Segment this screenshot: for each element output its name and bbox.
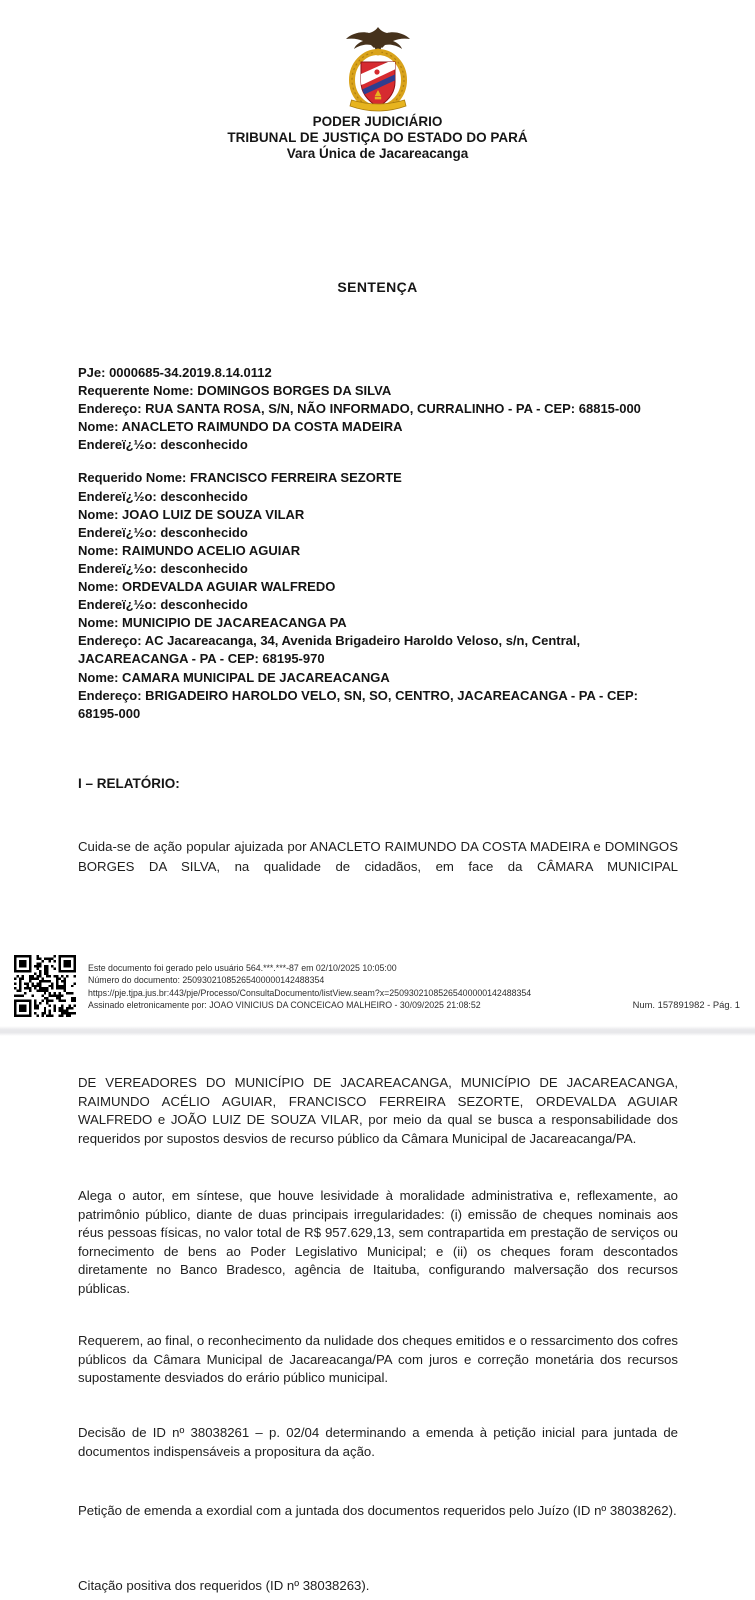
footer-metadata: Este documento foi gerado pelo usuário 5… bbox=[88, 962, 531, 1011]
court-name-line: TRIBUNAL DE JUSTIÇA DO ESTADO DO PARÁ bbox=[0, 130, 755, 146]
party-line: PJe: 0000685-34.2019.8.14.0112 bbox=[78, 364, 718, 382]
requerido-group: Requerido Nome: FRANCISCO FERREIRA SEZOR… bbox=[78, 469, 718, 722]
body-paragraph: Cuida-se de ação popular ajuizada por AN… bbox=[78, 837, 678, 876]
party-line: Endereço: BRIGADEIRO HAROLDO VELO, SN, S… bbox=[78, 687, 718, 705]
body-paragraph: Citação positiva dos requeridos (ID nº 3… bbox=[78, 1577, 678, 1596]
party-line: Nome: ANACLETO RAIMUNDO DA COSTA MADEIRA bbox=[78, 418, 718, 436]
party-line: Nome: MUNICIPIO DE JACAREACANGA PA bbox=[78, 614, 718, 632]
body-paragraph: Alega o autor, em síntese, que houve les… bbox=[78, 1187, 678, 1299]
body-paragraph: Petição de emenda a exordial com a junta… bbox=[78, 1502, 678, 1521]
page-number: Num. 157891982 - Pág. 1 bbox=[633, 999, 740, 1010]
footer-metadata-line: Número do documento: 2509302108526540000… bbox=[88, 974, 531, 986]
party-line: Endereï¿½o: desconhecido bbox=[78, 436, 718, 454]
party-line: Nome: ORDEVALDA AGUIAR WALFREDO bbox=[78, 578, 718, 596]
court-name-line: Vara Única de Jacareacanga bbox=[0, 146, 755, 162]
body-paragraph: DE VEREADORES DO MUNICÍPIO DE JACAREACAN… bbox=[78, 1074, 678, 1148]
party-line: Endereço: RUA SANTA ROSA, S/N, NÃO INFOR… bbox=[78, 400, 718, 418]
requerente-group: PJe: 0000685-34.2019.8.14.0112 Requerent… bbox=[78, 364, 718, 454]
party-line: Nome: JOAO LUIZ DE SOUZA VILAR bbox=[78, 506, 718, 524]
body-paragraph: Requerem, ao final, o reconhecimento da … bbox=[78, 1332, 678, 1388]
footer-metadata-line: https://pje.tjpa.jus.br:443/pje/Processo… bbox=[88, 987, 531, 999]
party-line: Requerido Nome: FRANCISCO FERREIRA SEZOR… bbox=[78, 469, 718, 487]
document-title: SENTENÇA bbox=[0, 279, 755, 295]
party-line: JACAREACANGA - PA - CEP: 68195-970 bbox=[78, 650, 718, 668]
party-line: Endereço: AC Jacareacanga, 34, Avenida B… bbox=[78, 632, 718, 650]
court-name-line: PODER JUDICIÁRIO bbox=[0, 114, 755, 130]
party-line: Endereï¿½o: desconhecido bbox=[78, 524, 718, 542]
footer-metadata-line: Assinado eletronicamente por: JOAO VINIC… bbox=[88, 999, 531, 1011]
page-separator bbox=[0, 1026, 755, 1036]
party-line: Endereï¿½o: desconhecido bbox=[78, 560, 718, 578]
party-line: Requerente Nome: DOMINGOS BORGES DA SILV… bbox=[78, 382, 718, 400]
coat-of-arms-icon bbox=[338, 24, 418, 112]
party-line: Endereï¿½o: desconhecido bbox=[78, 488, 718, 506]
party-line: Nome: RAIMUNDO ACELIO AGUIAR bbox=[78, 542, 718, 560]
party-block: PJe: 0000685-34.2019.8.14.0112 Requerent… bbox=[78, 364, 718, 723]
section-heading-relatorio: I – RELATÓRIO: bbox=[78, 776, 180, 791]
coat-of-arms bbox=[338, 24, 418, 112]
party-line: 68195-000 bbox=[78, 705, 718, 723]
party-line: Nome: CAMARA MUNICIPAL DE JACAREACANGA bbox=[78, 669, 718, 687]
footer-metadata-line: Este documento foi gerado pelo usuário 5… bbox=[88, 962, 531, 974]
court-header: PODER JUDICIÁRIO TRIBUNAL DE JUSTIÇA DO … bbox=[0, 114, 755, 161]
body-paragraph: Decisão de ID nº 38038261 – p. 02/04 det… bbox=[78, 1424, 678, 1461]
party-line: Endereï¿½o: desconhecido bbox=[78, 596, 718, 614]
qr-code bbox=[14, 955, 76, 1017]
